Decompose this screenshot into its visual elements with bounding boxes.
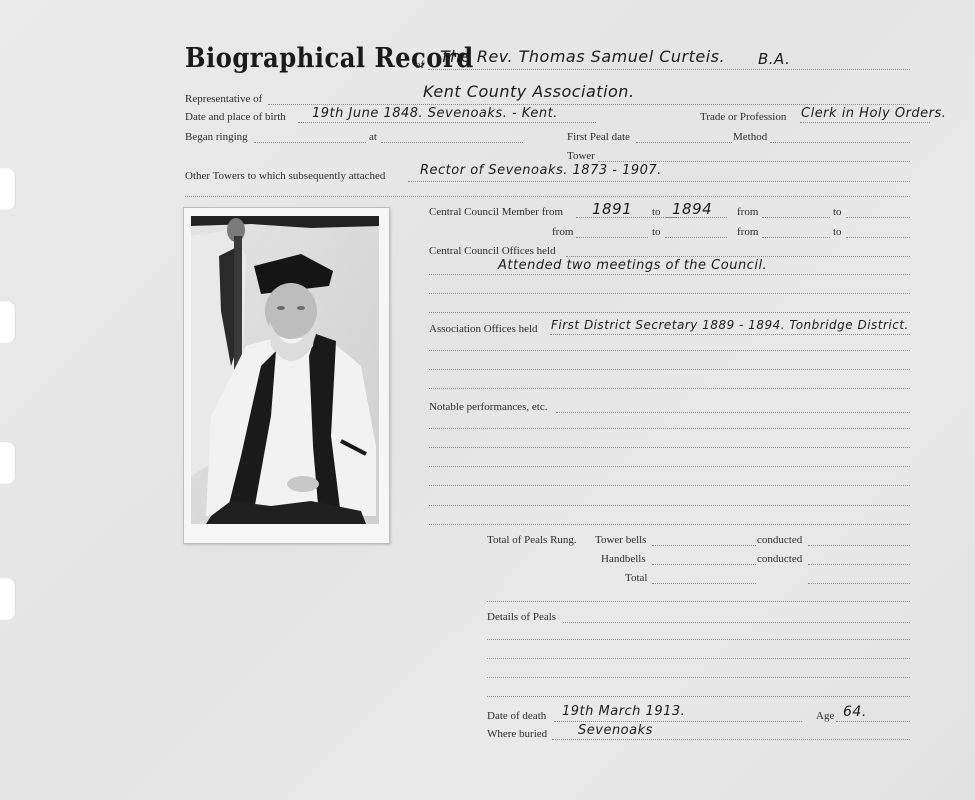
tower-label: Tower [567, 149, 595, 163]
details-rule-2[interactable] [487, 639, 910, 640]
punch-hole [0, 301, 16, 343]
cc-row2-from-rule[interactable] [576, 237, 648, 238]
title-of-label: of [415, 58, 424, 72]
began-ringing-rule[interactable] [254, 142, 366, 143]
tower-bells-rule[interactable] [652, 545, 756, 546]
cc-from2-label: from [737, 205, 758, 219]
notable-performances-label: Notable performances, etc. [429, 400, 548, 414]
peals-total-rule[interactable] [652, 583, 756, 584]
punch-hole [0, 168, 16, 210]
peals-total-sum-label: Total [625, 571, 647, 585]
details-rule-4[interactable] [487, 677, 910, 678]
other-towers-label: Other Towers to which subsequently attac… [185, 169, 385, 183]
cc-row2-to-rule[interactable] [665, 237, 727, 238]
began-ringing-label: Began ringing [185, 130, 248, 144]
age-label: Age [816, 709, 834, 723]
cc-row2-to2-label: to [833, 225, 842, 239]
details-rule-5[interactable] [487, 696, 910, 697]
cc-offices-label: Central Council Offices held [429, 244, 556, 258]
peals-total-conducted-rule[interactable] [808, 583, 910, 584]
cc-offices-rule-3[interactable] [429, 293, 910, 294]
subject-name: The Rev. Thomas Samuel Curteis. [440, 47, 725, 66]
cc-to2-label: to [833, 205, 842, 219]
where-buried-rule [552, 739, 910, 740]
cc-row2-from2-label: from [737, 225, 758, 239]
notable-rule-4[interactable] [429, 466, 910, 467]
tower-conducted-rule[interactable] [808, 545, 910, 546]
cc-to2-rule[interactable] [846, 217, 910, 218]
trade-rule [800, 122, 930, 123]
tower-rule[interactable] [598, 161, 910, 162]
punch-hole [0, 578, 16, 620]
subject-degree: B.A. [758, 50, 790, 68]
association-offices-rule-3[interactable] [429, 369, 910, 370]
name-rule [428, 69, 910, 70]
cc-member-label: Central Council Member from [429, 205, 563, 219]
notable-rule-5[interactable] [429, 485, 910, 486]
age-value[interactable]: 64. [843, 704, 867, 720]
notable-rule-7[interactable] [429, 524, 910, 525]
details-of-peals-label: Details of Peals [487, 610, 556, 624]
punch-hole [0, 442, 16, 484]
portrait-photo [191, 216, 379, 524]
trade-value[interactable]: Clerk in Holy Orders. [801, 106, 946, 121]
trade-label: Trade or Profession [700, 110, 786, 124]
cc-to1-value[interactable]: 1894 [672, 200, 712, 218]
handbells-label: Handbells [601, 552, 646, 566]
cc-row2-from-label: from [552, 225, 573, 239]
association-offices-label: Association Offices held [429, 322, 538, 336]
cc-from1-value[interactable]: 1891 [592, 200, 632, 218]
cc-offices-rule-4[interactable] [429, 312, 910, 313]
cc-offices-rule [566, 256, 910, 257]
first-peal-label: First Peal date [567, 130, 630, 144]
cc-row2-from2-rule[interactable] [762, 237, 830, 238]
notable-rule-3[interactable] [429, 447, 910, 448]
peals-total-label: Total of Peals Rung. [487, 533, 577, 547]
handbells-rule[interactable] [652, 564, 756, 565]
date-of-death-value[interactable]: 19th March 1913. [562, 704, 685, 719]
peals-separator-rule [487, 601, 910, 602]
tower-conducted-label: conducted [757, 533, 802, 547]
biographical-record-page: Biographical Record of The Rev. Thomas S… [0, 0, 975, 800]
handbells-conducted-rule[interactable] [808, 564, 910, 565]
notable-rule-2[interactable] [429, 428, 910, 429]
portrait-image-icon [191, 216, 379, 524]
first-peal-rule[interactable] [636, 142, 732, 143]
association-offices-rule-2[interactable] [429, 350, 910, 351]
details-rule-1[interactable] [563, 622, 910, 623]
birth-value[interactable]: 19th June 1848. Sevenoaks. - Kent. [312, 106, 558, 121]
method-label: Method [733, 130, 767, 144]
other-towers-value[interactable]: Rector of Sevenoaks. 1873 - 1907. [420, 163, 662, 178]
cc-to-label: to [652, 205, 661, 219]
where-buried-value[interactable]: Sevenoaks [578, 723, 653, 738]
birth-rule [298, 122, 596, 123]
age-rule [836, 721, 910, 722]
tower-bells-label: Tower bells [595, 533, 646, 547]
cc-row2-to-label: to [652, 225, 661, 239]
cc-from2-rule[interactable] [762, 217, 830, 218]
notable-rule-1[interactable] [556, 412, 910, 413]
birth-label: Date and place of birth [185, 110, 286, 124]
date-of-death-label: Date of death [487, 709, 546, 723]
details-rule-3[interactable] [487, 658, 910, 659]
association-offices-value[interactable]: First District Secretary 1889 - 1894. To… [551, 318, 909, 332]
began-ringing-at-label: at [369, 130, 377, 144]
representative-rule [268, 104, 910, 105]
date-of-death-rule [554, 721, 802, 722]
portrait-photo-mount [183, 207, 390, 544]
representative-label: Representative of [185, 92, 262, 106]
handbells-conducted-label: conducted [757, 552, 802, 566]
method-rule[interactable] [770, 142, 910, 143]
association-offices-rule [550, 334, 910, 335]
cc-row2-to2-rule[interactable] [846, 237, 910, 238]
notable-rule-6[interactable] [429, 505, 910, 506]
representative-value[interactable]: Kent County Association. [423, 82, 635, 101]
association-offices-rule-4[interactable] [429, 388, 910, 389]
cc-offices-rule-2 [429, 274, 910, 275]
other-towers-rule [408, 181, 910, 182]
other-towers-rule-2 [185, 196, 910, 197]
cc-offices-value[interactable]: Attended two meetings of the Council. [498, 258, 767, 273]
began-ringing-at-rule[interactable] [381, 142, 523, 143]
where-buried-label: Where buried [487, 727, 547, 741]
